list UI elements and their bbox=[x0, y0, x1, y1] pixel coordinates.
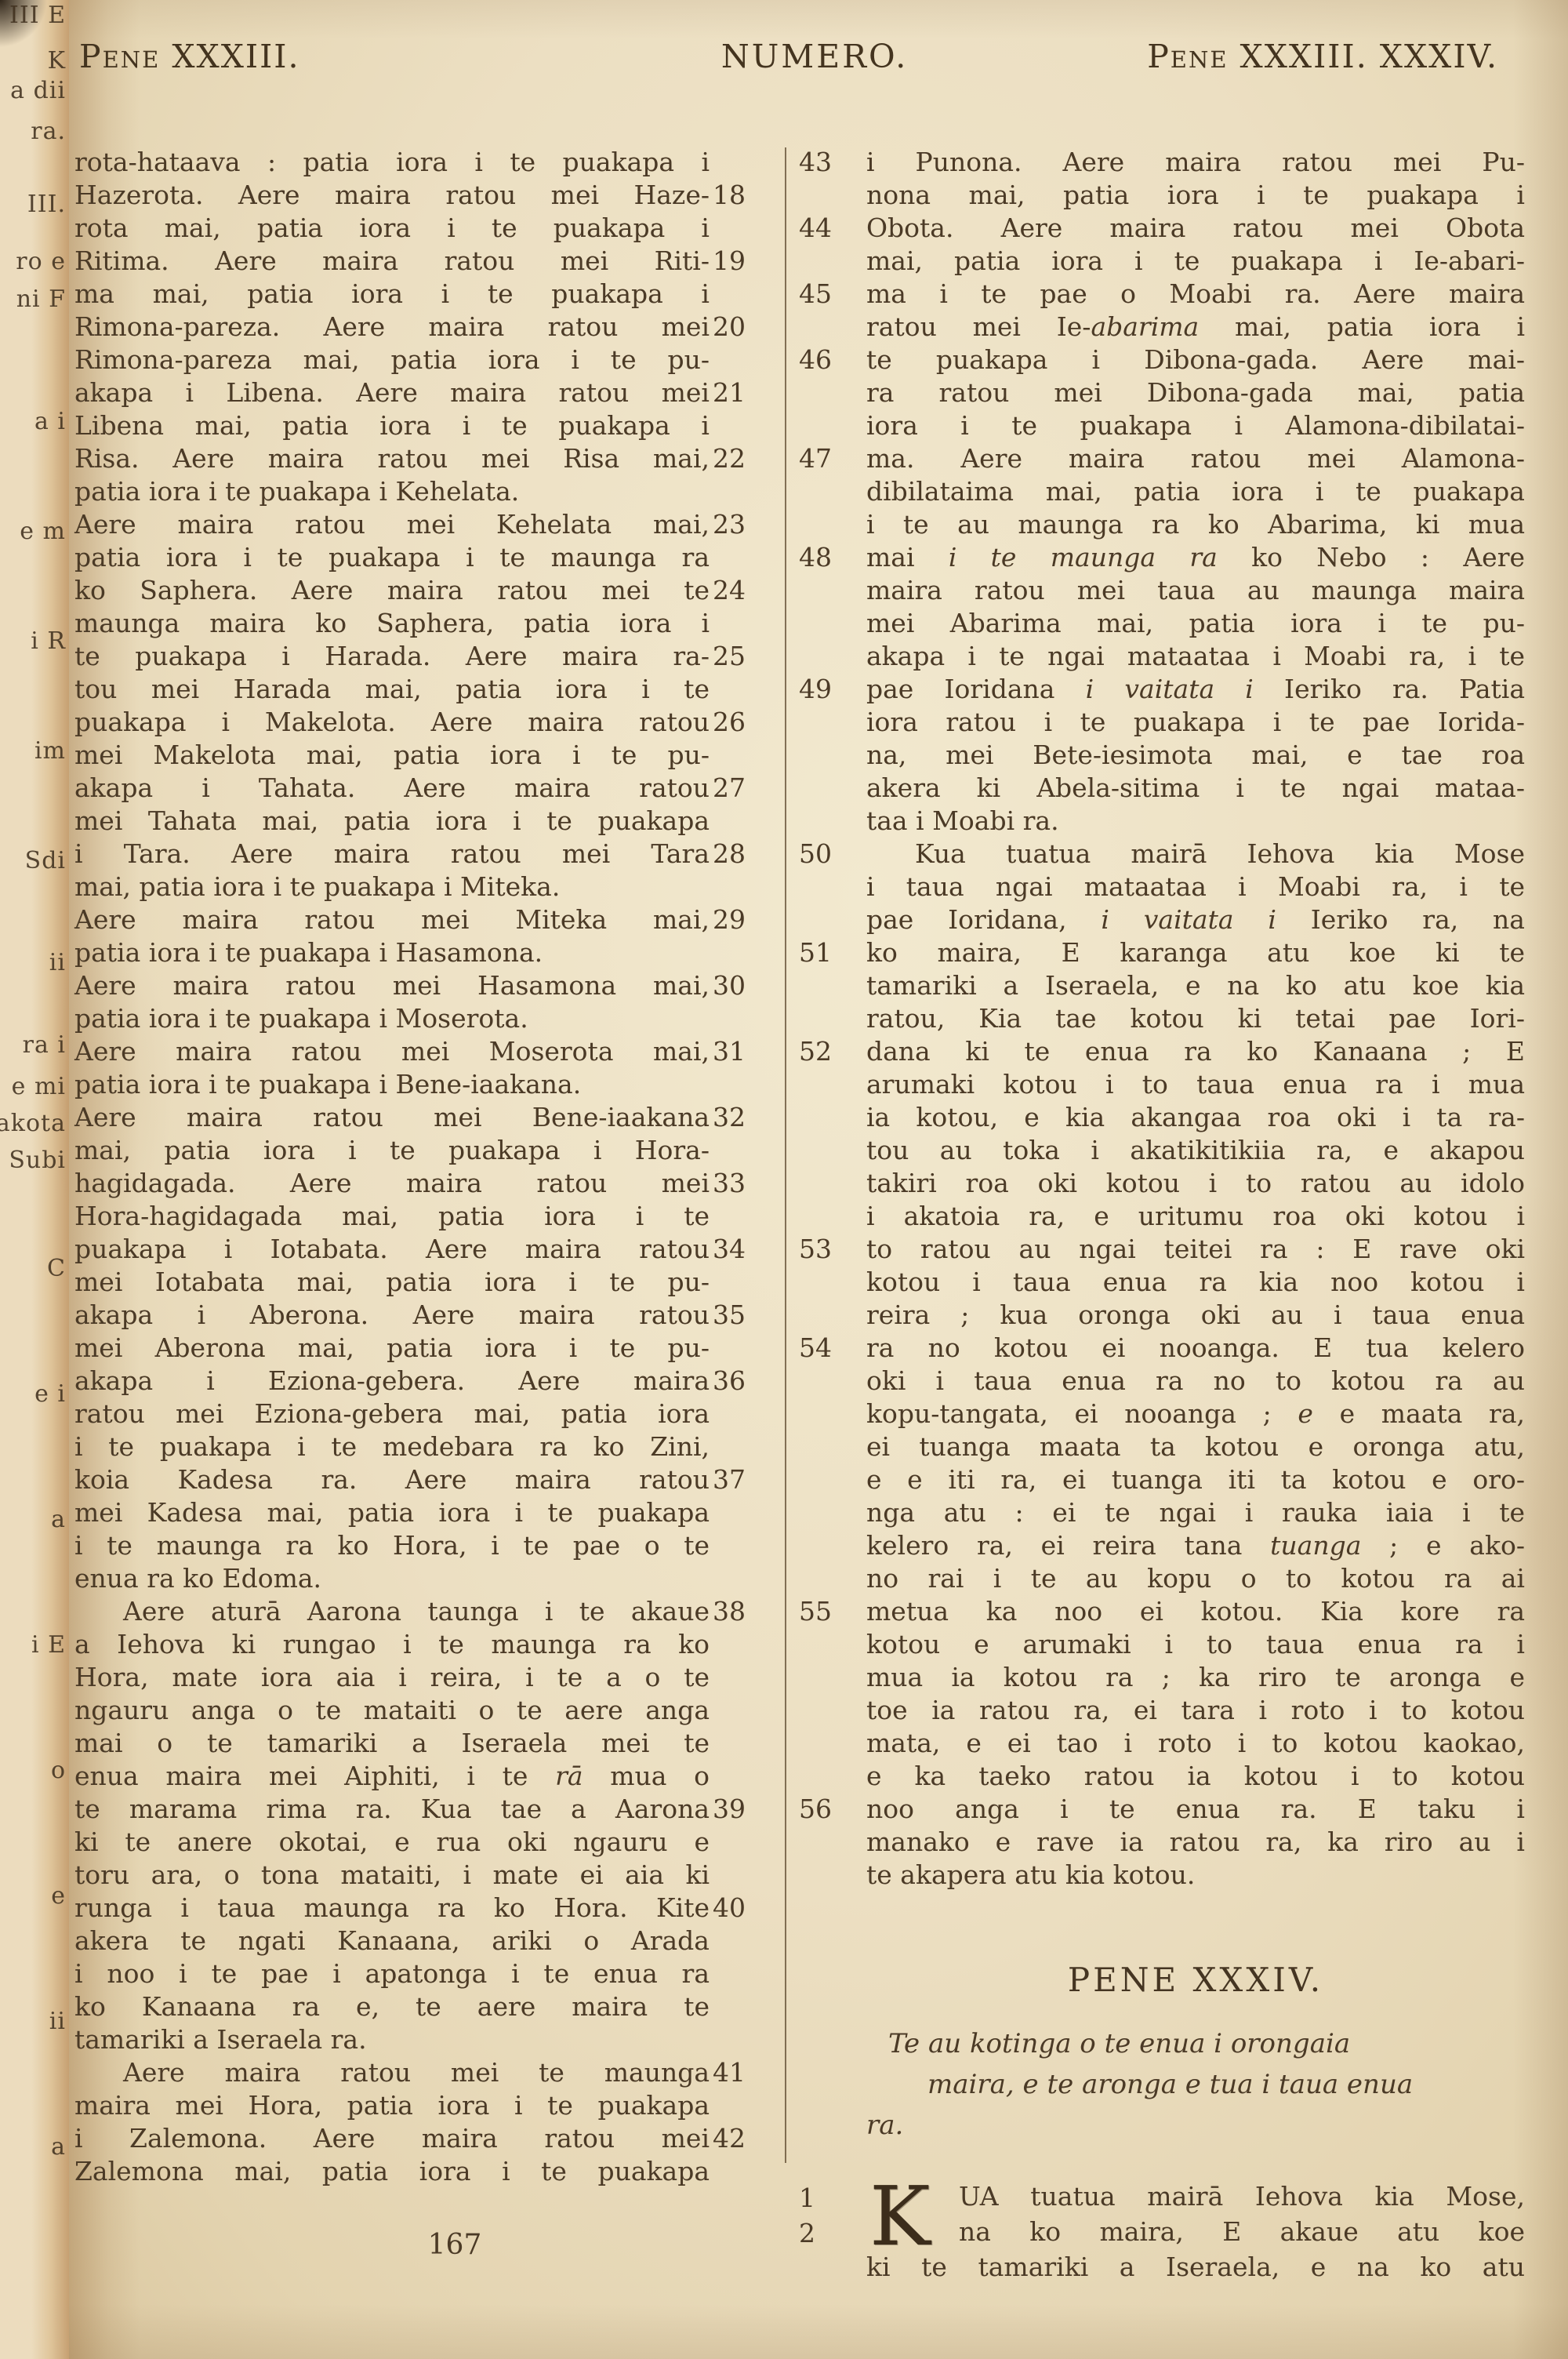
text-line: 37koia Kadesa ra. Aere maira ratou bbox=[74, 1463, 710, 1496]
text-line: mei Iotabata mai, patia iora i te pu- bbox=[74, 1266, 710, 1299]
text-line: 45ma i te pae o Moabi ra. Aere maira bbox=[866, 278, 1525, 311]
verse-text: enua ra ko Edoma. bbox=[74, 1563, 321, 1594]
text-line: mei Kadesa mai, patia iora i te puakapa bbox=[74, 1496, 710, 1529]
verse-number: 53 bbox=[799, 1233, 854, 1266]
text-line: rota-hataava : patia iora i te puakapa i bbox=[74, 146, 710, 179]
verse-number: 54 bbox=[799, 1332, 854, 1365]
verse-text: akapa i Eziona-gebera. Aere maira bbox=[74, 1365, 710, 1396]
text-line: kelero ra, ei reira tana tuanga ; e ako- bbox=[866, 1529, 1525, 1562]
verse-text: ngauru anga o te mataiti o te aere anga bbox=[74, 1695, 710, 1725]
text-line: 26puakapa i Makelota. Aere maira ratou bbox=[74, 706, 710, 739]
verse-text: te puakapa i Dibona-gada. Aere mai- bbox=[866, 344, 1525, 375]
verse-text: mei Tahata mai, patia iora i te puakapa bbox=[74, 805, 710, 836]
verse-number: 42 bbox=[713, 2122, 779, 2155]
verse-text: takiri roa oki kotou i to ratou au idolo bbox=[866, 1168, 1525, 1198]
text-line: ratou mei Ie-abarima mai, patia iora i bbox=[866, 311, 1525, 343]
text-line: tou au toka i akatikitikiia ra, e akapou bbox=[866, 1134, 1525, 1167]
verse-text: te puakapa i Harada. Aere maira ra- bbox=[74, 641, 710, 671]
verse-text: ia kotou, e kia akangaa roa oki i ta ra- bbox=[866, 1102, 1525, 1132]
verse-text: mai, patia iora i te puakapa i Ie-abari- bbox=[866, 245, 1525, 276]
text-line: enua maira mei Aiphiti, i te rā mua o bbox=[74, 1760, 710, 1793]
verse-number: 25 bbox=[713, 640, 779, 673]
verse-text: kopu-tangata, ei nooanga ; e e maata ra, bbox=[866, 1398, 1525, 1429]
verse-text: mai, patia iora i te puakapa i Hora- bbox=[74, 1135, 710, 1165]
text-line: 36akapa i Eziona-gebera. Aere maira bbox=[74, 1365, 710, 1398]
text-line: kotou i taua enua ra kia noo kotou i bbox=[866, 1266, 1525, 1299]
verse-text: tamariki a Iseraela, e na ko atu koe kia bbox=[866, 970, 1525, 1001]
text-line: Zalemona mai, patia iora i te puakapa bbox=[74, 2155, 710, 2188]
text-line: mai, patia iora i te puakapa i Miteka. bbox=[74, 871, 710, 903]
verse-text: nona mai, patia iora i te puakapa i bbox=[866, 180, 1525, 210]
text-line: 21akapa i Libena. Aere maira ratou mei bbox=[74, 376, 710, 409]
verse-text: mata, e ei tao i roto i to kotou kaokao, bbox=[866, 1728, 1525, 1758]
edge-text-fragment: e m bbox=[20, 518, 66, 545]
text-line: 49pae Ioridana i vaitata i Ieriko ra. Pa… bbox=[866, 673, 1525, 706]
text-line: ki te tamariki a Iseraela, e na ko atu bbox=[866, 2249, 1525, 2284]
verse-number: 56 bbox=[799, 1793, 854, 1826]
edge-text-fragment: K bbox=[48, 47, 66, 75]
text-line: ko Kanaana ra e, te aere maira te bbox=[74, 1990, 710, 2023]
text-line: 54ra no kotou ei nooanga. E tua kelero bbox=[866, 1332, 1525, 1365]
text-line: 23Aere maira ratou mei Kehelata mai, bbox=[74, 508, 710, 541]
text-line: 53to ratou au ngai teitei ra : E rave ok… bbox=[866, 1233, 1525, 1266]
verse-number: 45 bbox=[799, 278, 854, 311]
verse-text: Hazerota. Aere maira ratou mei Haze- bbox=[74, 180, 710, 210]
text-line: taa i Moabi ra. bbox=[866, 805, 1525, 838]
verse-number: 39 bbox=[713, 1793, 779, 1826]
verse-text: Zalemona mai, patia iora i te puakapa bbox=[74, 2156, 710, 2186]
verse-text: toe ia ratou ra, ei tara i roto i to kot… bbox=[866, 1695, 1525, 1725]
text-line: 32Aere maira ratou mei Bene-iaakana bbox=[74, 1101, 710, 1134]
right-text-column: 43i Punona. Aere maira ratou mei Pu-nona… bbox=[866, 146, 1525, 2284]
verse-number: 21 bbox=[713, 376, 779, 409]
text-line: UA tuatua mairā Iehova kia Mose, bbox=[866, 2179, 1525, 2214]
verse-number: 26 bbox=[713, 706, 779, 739]
text-line: ia kotou, e kia akangaa roa oki i ta ra- bbox=[866, 1101, 1525, 1134]
verse-text: dibilataima mai, patia iora i te puakapa bbox=[866, 476, 1525, 507]
verse-number: 55 bbox=[799, 1595, 854, 1628]
verse-text: mai o te tamariki a Iseraela mei te bbox=[74, 1728, 710, 1758]
text-line: 48mai i te maunga ra ko Nebo : Aere bbox=[866, 541, 1525, 574]
verse-text: Risa. Aere maira ratou mei Risa mai, bbox=[74, 443, 710, 474]
verse-text: maira ratou mei taua au maunga maira bbox=[866, 575, 1525, 605]
edge-text-fragment: a dii bbox=[10, 77, 66, 104]
verse-number: 52 bbox=[799, 1035, 854, 1068]
text-line: patia iora i te puakapa i Moserota. bbox=[74, 1002, 710, 1035]
edge-text-fragment: o bbox=[51, 1757, 66, 1784]
verse-text: ko Saphera. Aere maira ratou mei te bbox=[74, 575, 710, 605]
text-line: kopu-tangata, ei nooanga ; e e maata ra, bbox=[866, 1398, 1525, 1430]
verse-number: 1 bbox=[799, 2180, 854, 2215]
text-line: mua ia kotou ra ; ka riro te aronga e bbox=[866, 1661, 1525, 1694]
verse-text: kotou i taua enua ra kia noo kotou i bbox=[866, 1267, 1525, 1297]
verse-text: iora i te puakapa i Alamona-dibilatai- bbox=[866, 410, 1525, 441]
verse-number: 46 bbox=[799, 343, 854, 376]
verse-number: 40 bbox=[713, 1892, 779, 1925]
edge-text-fragment: i R bbox=[31, 627, 66, 655]
text-line: pae Ioridana, i vaitata i Ieriko ra, na bbox=[866, 903, 1525, 936]
chapter-summary-line: Te au kotinga o te enua i orongaia bbox=[866, 2023, 1525, 2064]
text-line: i te maunga ra ko Hora, i te pae o te bbox=[74, 1529, 710, 1562]
text-line: mata, e ei tao i roto i to kotou kaokao, bbox=[866, 1727, 1525, 1760]
verse-number: 44 bbox=[799, 212, 854, 245]
verse-text: a Iehova ki rungao i te maunga ra ko bbox=[74, 1629, 710, 1659]
text-line: maunga maira ko Saphera, patia iora i bbox=[74, 607, 710, 640]
edge-text-fragment: III E bbox=[9, 2, 66, 29]
verse-number: 48 bbox=[799, 541, 854, 574]
verse-text: pae Ioridana i vaitata i Ieriko ra. Pati… bbox=[866, 674, 1525, 704]
verse-text: patia iora i te puakapa i Kehelata. bbox=[74, 476, 519, 507]
verse-text: mei Iotabata mai, patia iora i te pu- bbox=[74, 1267, 710, 1297]
verse-text: rota-hataava : patia iora i te puakapa i bbox=[74, 147, 710, 177]
text-line: maira mei Hora, patia iora i te puakapa bbox=[74, 2089, 710, 2122]
edge-text-fragment: i E bbox=[31, 1631, 66, 1659]
verse-number: 28 bbox=[713, 838, 779, 871]
edge-text-fragment: ii bbox=[49, 2008, 66, 2035]
verse-text: patia iora i te puakapa i Moserota. bbox=[74, 1003, 528, 1034]
text-line: 40runga i taua maunga ra ko Hora. Kite bbox=[74, 1892, 710, 1925]
header-book-title: NUMERO. bbox=[721, 38, 908, 75]
page-number: 167 bbox=[376, 2229, 533, 2261]
verse-text: akapa i Libena. Aere maira ratou mei bbox=[74, 377, 710, 408]
text-line: e e iti ra, ei tuanga iti ta kotou e oro… bbox=[866, 1463, 1525, 1496]
text-line: enua ra ko Edoma. bbox=[74, 1562, 710, 1595]
verse-text: to ratou au ngai teitei ra : E rave oki bbox=[866, 1234, 1525, 1264]
text-line: akapa i te ngai mataataa i Moabi ra, i t… bbox=[866, 640, 1525, 673]
verse-text: akapa i te ngai mataataa i Moabi ra, i t… bbox=[866, 641, 1525, 671]
verse-text: patia iora i te puakapa i Hasamona. bbox=[74, 937, 543, 968]
text-line: 46te puakapa i Dibona-gada. Aere mai- bbox=[866, 343, 1525, 376]
text-line: Rimona-pareza mai, patia iora i te pu- bbox=[74, 343, 710, 376]
verse-text: i taua ngai mataataa i Moabi ra, i te bbox=[866, 871, 1525, 902]
verse-text: ratou mei Ie-abarima mai, patia iora i bbox=[866, 311, 1525, 342]
text-line: 30Aere maira ratou mei Hasamona mai, bbox=[74, 969, 710, 1002]
text-line: 18Hazerota. Aere maira ratou mei Haze- bbox=[74, 179, 710, 212]
chapter-summary-line: ra. bbox=[866, 2105, 1525, 2146]
verse-text: iora ratou i te puakapa i te pae Iorida- bbox=[866, 707, 1525, 737]
text-line: 35akapa i Aberona. Aere maira ratou bbox=[74, 1299, 710, 1332]
verse-number: 49 bbox=[799, 673, 854, 706]
verse-text: metua ka noo ei kotou. Kia kore ra bbox=[866, 1596, 1525, 1627]
edge-text-fragment: ni F bbox=[16, 285, 66, 313]
verse-text: puakapa i Makelota. Aere maira ratou bbox=[74, 707, 710, 737]
verse-number: 20 bbox=[713, 311, 779, 343]
verse-text: UA tuatua mairā Iehova kia Mose, bbox=[959, 2181, 1525, 2212]
text-line: patia iora i te puakapa i Bene-iaakana. bbox=[74, 1068, 710, 1101]
text-line: rota mai, patia iora i te puakapa i bbox=[74, 212, 710, 245]
header-right-chapter: Pene XXXIII. XXXIV. bbox=[1147, 38, 1498, 75]
verse-text: ko maira, E karanga atu koe ki te bbox=[866, 937, 1525, 968]
text-line: arumaki kotou i to taua enua ra i mua bbox=[866, 1068, 1525, 1101]
verse-text: tou mei Harada mai, patia iora i te bbox=[74, 674, 710, 704]
verse-text: dana ki te enua ra ko Kanaana ; E bbox=[866, 1036, 1525, 1067]
verse-text: i Punona. Aere maira ratou mei Pu- bbox=[866, 147, 1525, 177]
text-line: patia iora i te puakapa i Kehelata. bbox=[74, 475, 710, 508]
verse-text: na ko maira, E akaue atu koe bbox=[959, 2216, 1525, 2247]
text-line: tamariki a Iseraela, e na ko atu koe kia bbox=[866, 969, 1525, 1002]
verse-text: ki te anere okotai, e rua oki ngauru e bbox=[74, 1826, 710, 1857]
verse-text: Obota. Aere maira ratou mei Obota bbox=[866, 213, 1525, 243]
verse-text: e ka taeko ratou ia kotou i to kotou bbox=[866, 1761, 1525, 1791]
text-line: mei Abarima mai, patia iora i te pu- bbox=[866, 607, 1525, 640]
text-line: 56noo anga i te enua ra. E taku i bbox=[866, 1793, 1525, 1826]
verse-number: 41 bbox=[713, 2056, 779, 2089]
verse-text: kelero ra, ei reira tana tuanga ; e ako- bbox=[866, 1530, 1525, 1561]
text-line: 41Aere maira ratou mei te maunga bbox=[74, 2056, 710, 2089]
verse-number: 22 bbox=[713, 442, 779, 475]
verse-text: te akapera atu kia kotou. bbox=[866, 1859, 1195, 1890]
text-line: Hora, mate iora aia i reira, i te a o te bbox=[74, 1661, 710, 1694]
text-line: reira ; kua oronga oki au i taua enua bbox=[866, 1299, 1525, 1332]
text-line: iora i te puakapa i Alamona-dibilatai- bbox=[866, 409, 1525, 442]
chapter-summary-line: maira, e te aronga e tua i taua enua bbox=[866, 2064, 1525, 2105]
verse-text: akera te ngati Kanaana, ariki o Arada bbox=[74, 1925, 710, 1956]
edge-text-fragment: a bbox=[51, 2133, 66, 2161]
verse-text: mai i te maunga ra ko Nebo : Aere bbox=[866, 542, 1525, 572]
verse-text: mei Kadesa mai, patia iora i te puakapa bbox=[74, 1497, 710, 1528]
verse-number: 27 bbox=[713, 772, 779, 805]
text-line: mei Makelota mai, patia iora i te pu- bbox=[74, 739, 710, 772]
text-line: a Iehova ki rungao i te maunga ra ko bbox=[74, 1628, 710, 1661]
text-line: ki te anere okotai, e rua oki ngauru e bbox=[74, 1826, 710, 1859]
verse-text: Aere maira ratou mei Hasamona mai, bbox=[74, 970, 710, 1001]
verse-text: ra no kotou ei nooanga. E tua kelero bbox=[866, 1332, 1525, 1363]
verse-text: maunga maira ko Saphera, patia iora i bbox=[74, 608, 710, 638]
text-line: akera ki Abela-sitima i te ngai mataa- bbox=[866, 772, 1525, 805]
text-line: mai o te tamariki a Iseraela mei te bbox=[74, 1727, 710, 1760]
text-line: toru ara, o tona mataiti, i mate ei aia … bbox=[74, 1859, 710, 1892]
left-text-column: rota-hataava : patia iora i te puakapa i… bbox=[74, 146, 710, 2188]
verse-text: maira mei Hora, patia iora i te puakapa bbox=[74, 2090, 710, 2121]
text-line: 29Aere maira ratou mei Miteka mai, bbox=[74, 903, 710, 936]
verse-number: 19 bbox=[713, 245, 779, 278]
verse-text: arumaki kotou i to taua enua ra i mua bbox=[866, 1069, 1525, 1100]
text-line: oki i taua enua ra no to kotou ra au bbox=[866, 1365, 1525, 1398]
verse-text: tamariki a Iseraela ra. bbox=[74, 2024, 367, 2055]
text-line: Libena mai, patia iora i te puakapa i bbox=[74, 409, 710, 442]
text-line: mei Tahata mai, patia iora i te puakapa bbox=[74, 805, 710, 838]
text-line: 22Risa. Aere maira ratou mei Risa mai, bbox=[74, 442, 710, 475]
text-line: ratou, Kia tae kotou ki tetai pae Iori- bbox=[866, 1002, 1525, 1035]
verse-number: 24 bbox=[713, 574, 779, 607]
text-line: mei Aberona mai, patia iora i te pu- bbox=[74, 1332, 710, 1365]
text-line: tamariki a Iseraela ra. bbox=[74, 2023, 710, 2056]
verse-text: ma mai, patia iora i te puakapa i bbox=[74, 278, 710, 309]
verse-text: Rimona-pareza mai, patia iora i te pu- bbox=[74, 344, 710, 375]
verse-text: mei Makelota mai, patia iora i te pu- bbox=[74, 740, 710, 770]
text-line: 39te marama rima ra. Kua tae a Aarona bbox=[74, 1793, 710, 1826]
verse-text: ki te tamariki a Iseraela, e na ko atu bbox=[866, 2252, 1525, 2282]
text-line: 28i Tara. Aere maira ratou mei Tara bbox=[74, 838, 710, 871]
verse-text: kotou e arumaki i to taua enua ra i bbox=[866, 1629, 1525, 1659]
verse-text: puakapa i Iotabata. Aere maira ratou bbox=[74, 1234, 710, 1264]
verse-number: 30 bbox=[713, 969, 779, 1002]
text-line: dibilataima mai, patia iora i te puakapa bbox=[866, 475, 1525, 508]
text-line: i akatoia ra, e uritumu roa oki kotou i bbox=[866, 1200, 1525, 1233]
verse-text: i Tara. Aere maira ratou mei Tara bbox=[74, 838, 710, 869]
verse-number: 23 bbox=[713, 508, 779, 541]
verse-text: mei Aberona mai, patia iora i te pu- bbox=[74, 1332, 710, 1363]
edge-text-fragment: C bbox=[47, 1255, 66, 1282]
verse-text: mei Abarima mai, patia iora i te pu- bbox=[866, 608, 1525, 638]
verse-text: ma. Aere maira ratou mei Alamona- bbox=[866, 443, 1525, 474]
text-line: patia iora i te puakapa i Hasamona. bbox=[74, 936, 710, 969]
text-line: i taua ngai mataataa i Moabi ra, i te bbox=[866, 871, 1525, 903]
verse-number: 35 bbox=[713, 1299, 779, 1332]
verse-text: i te puakapa i te medebara ra ko Zini, bbox=[74, 1431, 710, 1462]
verse-text: akapa i Aberona. Aere maira ratou bbox=[74, 1299, 710, 1330]
edge-text-fragment: a i bbox=[34, 408, 66, 435]
text-line: ma mai, patia iora i te puakapa i bbox=[74, 278, 710, 311]
chapter-opening-verses: K12UA tuatua mairā Iehova kia Mose,na ko… bbox=[866, 2179, 1525, 2284]
verse-text: akera ki Abela-sitima i te ngai mataa- bbox=[866, 772, 1525, 803]
text-line: akera te ngati Kanaana, ariki o Arada bbox=[74, 1925, 710, 1957]
verse-text: na, mei Bete-iesimota mai, e tae roa bbox=[866, 740, 1525, 770]
text-line: iora ratou i te puakapa i te pae Iorida- bbox=[866, 706, 1525, 739]
book-page: III EKa diira.III.ro eni Fa ie mi RimSdi… bbox=[0, 0, 1568, 2359]
verse-text: Ritima. Aere maira ratou mei Riti- bbox=[74, 245, 710, 276]
text-line: 31Aere maira ratou mei Moserota mai, bbox=[74, 1035, 710, 1068]
verse-number: 36 bbox=[713, 1365, 779, 1398]
verse-text: reira ; kua oronga oki au i taua enua bbox=[866, 1299, 1525, 1330]
text-line: na, mei Bete-iesimota mai, e tae roa bbox=[866, 739, 1525, 772]
edge-text-fragment: ro e bbox=[16, 248, 66, 275]
verse-text: Aere maira ratou mei te maunga bbox=[123, 2057, 710, 2088]
verse-text: patia iora i te puakapa i Bene-iaakana. bbox=[74, 1069, 581, 1100]
text-line: 51ko maira, E karanga atu koe ki te bbox=[866, 936, 1525, 969]
verse-number: 29 bbox=[713, 903, 779, 936]
verse-text: taa i Moabi ra. bbox=[866, 805, 1059, 836]
text-line: 34puakapa i Iotabata. Aere maira ratou bbox=[74, 1233, 710, 1266]
text-line: toe ia ratou ra, ei tara i roto i to kot… bbox=[866, 1694, 1525, 1727]
verse-text: nga atu : ei te ngai i rauka iaia i te bbox=[866, 1497, 1525, 1528]
text-line: i noo i te pae i apatonga i te enua ra bbox=[74, 1957, 710, 1990]
verse-text: ei tuanga maata ta kotou e oronga atu, bbox=[866, 1431, 1525, 1462]
verse-number: 51 bbox=[799, 936, 854, 969]
verse-number: 31 bbox=[713, 1035, 779, 1068]
verse-number: 47 bbox=[799, 442, 854, 475]
text-line: 42i Zalemona. Aere maira ratou mei bbox=[74, 2122, 710, 2155]
text-line: 19Ritima. Aere maira ratou mei Riti- bbox=[74, 245, 710, 278]
edge-text-fragment: a bbox=[51, 1506, 66, 1533]
text-line: kotou e arumaki i to taua enua ra i bbox=[866, 1628, 1525, 1661]
verse-text: koia Kadesa ra. Aere maira ratou bbox=[74, 1464, 710, 1495]
verse-number: 32 bbox=[713, 1101, 779, 1134]
text-line: ngauru anga o te mataiti o te aere anga bbox=[74, 1694, 710, 1727]
verse-text: te marama rima ra. Kua tae a Aarona bbox=[74, 1794, 710, 1824]
edge-text-fragment: ra. bbox=[31, 118, 66, 145]
verse-text: Hora, mate iora aia i reira, i te a o te bbox=[74, 1662, 710, 1692]
verse-text: enua maira mei Aiphiti, i te rā mua o bbox=[74, 1761, 710, 1791]
verse-number: 37 bbox=[713, 1463, 779, 1496]
text-line: 43i Punona. Aere maira ratou mei Pu- bbox=[866, 146, 1525, 179]
text-line: patia iora i te puakapa i te maunga ra bbox=[74, 541, 710, 574]
text-line: manako e rave ia ratou ra, ka riro au i bbox=[866, 1826, 1525, 1859]
verse-text: mua ia kotou ra ; ka riro te aronga e bbox=[866, 1662, 1525, 1692]
running-header: Pene XXXIII. NUMERO. Pene XXXIII. XXXIV. bbox=[74, 38, 1525, 82]
verse-text: ratou mei Eziona-gebera mai, patia iora bbox=[74, 1398, 710, 1429]
verse-number: 50 bbox=[799, 838, 854, 871]
text-line: Hora-hagidagada mai, patia iora i te bbox=[74, 1200, 710, 1233]
text-line: 50Kua tuatua mairā Iehova kia Mose bbox=[866, 838, 1525, 871]
verse-text: ra ratou mei Dibona-gada mai, patia bbox=[866, 377, 1525, 408]
text-line: 33hagidagada. Aere maira ratou mei bbox=[74, 1167, 710, 1200]
verse-number: 34 bbox=[713, 1233, 779, 1266]
text-line: e ka taeko ratou ia kotou i to kotou bbox=[866, 1760, 1525, 1793]
verse-text: rota mai, patia iora i te puakapa i bbox=[74, 213, 710, 243]
text-line: i te au maunga ra ko Abarima, ki mua bbox=[866, 508, 1525, 541]
verse-text: ko Kanaana ra e, te aere maira te bbox=[74, 1991, 710, 2022]
verse-text: Aere aturā Aarona taunga i te akaue bbox=[123, 1596, 710, 1627]
text-line: nona mai, patia iora i te puakapa i bbox=[866, 179, 1525, 212]
verse-text: oki i taua enua ra no to kotou ra au bbox=[866, 1365, 1525, 1396]
text-line: na ko maira, E akaue atu koe bbox=[866, 2214, 1525, 2249]
verse-text: patia iora i te puakapa i te maunga ra bbox=[74, 542, 710, 572]
text-line: mai, patia iora i te puakapa i Ie-abari- bbox=[866, 245, 1525, 278]
verse-text: Hora-hagidagada mai, patia iora i te bbox=[74, 1201, 710, 1231]
verse-text: Rimona-pareza. Aere maira ratou mei bbox=[74, 311, 710, 342]
verse-number: 43 bbox=[799, 146, 854, 179]
verse-text: Aere maira ratou mei Moserota mai, bbox=[74, 1036, 710, 1067]
verse-text: pae Ioridana, i vaitata i Ieriko ra, na bbox=[866, 904, 1525, 935]
verse-text: tou au toka i akatikitikiia ra, e akapou bbox=[866, 1135, 1525, 1165]
verse-text: Aere maira ratou mei Miteka mai, bbox=[74, 904, 710, 935]
edge-text-fragment: e i bbox=[34, 1380, 66, 1408]
text-line: i te puakapa i te medebara ra ko Zini, bbox=[74, 1430, 710, 1463]
edge-text-fragment: III. bbox=[27, 191, 66, 218]
text-line: 47ma. Aere maira ratou mei Alamona- bbox=[866, 442, 1525, 475]
text-line: takiri roa oki kotou i to ratou au idolo bbox=[866, 1167, 1525, 1200]
text-line: nga atu : ei te ngai i rauka iaia i te bbox=[866, 1496, 1525, 1529]
text-line: ratou mei Eziona-gebera mai, patia iora bbox=[74, 1398, 710, 1430]
text-line: ei tuanga maata ta kotou e oronga atu, bbox=[866, 1430, 1525, 1463]
verse-text: Aere maira ratou mei Kehelata mai, bbox=[74, 509, 710, 540]
verse-text: toru ara, o tona mataiti, i mate ei aia … bbox=[74, 1859, 710, 1890]
verse-number: 2 bbox=[799, 2215, 854, 2251]
text-line: 44Obota. Aere maira ratou mei Obota bbox=[866, 212, 1525, 245]
verse-text: noo anga i te enua ra. E taku i bbox=[866, 1794, 1525, 1824]
chapter-summary: Te au kotinga o te enua i orongaiamaira,… bbox=[866, 2023, 1525, 2146]
text-line: no rai i te au kopu o to kotou ra ai bbox=[866, 1562, 1525, 1595]
edge-text-fragment: Sdi bbox=[25, 847, 66, 874]
edge-text-fragment: im bbox=[34, 737, 66, 765]
verse-text: e e iti ra, ei tuanga iti ta kotou e oro… bbox=[866, 1464, 1525, 1495]
header-left-chapter: Pene XXXIII. bbox=[79, 38, 300, 75]
verse-text: hagidagada. Aere maira ratou mei bbox=[74, 1168, 710, 1198]
verse-text: manako e rave ia ratou ra, ka riro au i bbox=[866, 1826, 1525, 1857]
verse-text: i noo i te pae i apatonga i te enua ra bbox=[74, 1958, 710, 1989]
verse-text: Kua tuatua mairā Iehova kia Mose bbox=[915, 838, 1525, 869]
column-rule bbox=[785, 147, 786, 2163]
text-line: 24ko Saphera. Aere maira ratou mei te bbox=[74, 574, 710, 607]
text-line: 20Rimona-pareza. Aere maira ratou mei bbox=[74, 311, 710, 343]
verse-text: no rai i te au kopu o to kotou ra ai bbox=[866, 1563, 1525, 1594]
text-line: maira ratou mei taua au maunga maira bbox=[866, 574, 1525, 607]
verse-text: i te au maunga ra ko Abarima, ki mua bbox=[866, 509, 1525, 540]
verse-text: ratou, Kia tae kotou ki tetai pae Iori- bbox=[866, 1003, 1525, 1034]
text-line: 52dana ki te enua ra ko Kanaana ; E bbox=[866, 1035, 1525, 1068]
verse-text: Aere maira ratou mei Bene-iaakana bbox=[74, 1102, 710, 1132]
text-line: 55metua ka noo ei kotou. Kia kore ra bbox=[866, 1595, 1525, 1628]
verse-number: 18 bbox=[713, 179, 779, 212]
verse-number: 38 bbox=[713, 1595, 779, 1628]
verse-number: 33 bbox=[713, 1167, 779, 1200]
text-line: 38Aere aturā Aarona taunga i te akaue bbox=[74, 1595, 710, 1628]
text-line: 27akapa i Tahata. Aere maira ratou bbox=[74, 772, 710, 805]
text-line: mai, patia iora i te puakapa i Hora- bbox=[74, 1134, 710, 1167]
verse-text: i te maunga ra ko Hora, i te pae o te bbox=[74, 1530, 710, 1561]
verse-text: mai, patia iora i te puakapa i Miteka. bbox=[74, 871, 560, 902]
